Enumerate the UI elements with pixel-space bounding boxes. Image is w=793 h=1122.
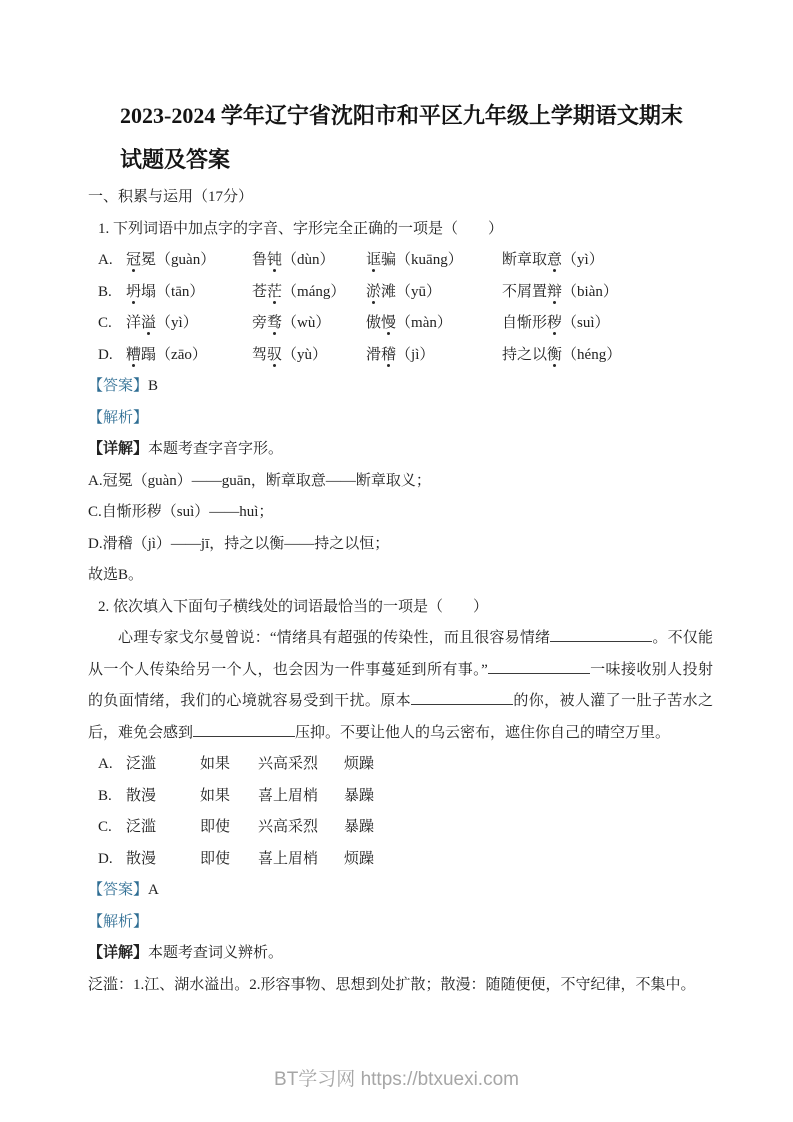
term-pre: 鲁 <box>252 252 267 268</box>
q2-stem: 2. 依次填入下面句子横线处的词语最恰当的一项是（ ） <box>88 592 713 624</box>
q2-answer-line: 【答案】A <box>88 875 713 907</box>
dotted-character: 骛 <box>267 315 282 331</box>
q2-detail-text: 本题考查词义辨析。 <box>148 945 283 961</box>
explanation-line: D.滑稽（jì）——jī，持之以衡——持之以恒； <box>88 529 713 561</box>
term-post: 塌 <box>141 284 156 300</box>
option-term: 持之以衡（héng） <box>502 340 713 372</box>
fill-in-blank <box>411 689 513 705</box>
option-term: 驾驭（yù） <box>252 340 366 372</box>
term-pinyin: （kuāng） <box>396 252 463 268</box>
term-post: 冕 <box>141 252 156 268</box>
option-word: 兴高采烈 <box>258 749 344 781</box>
option-word: 兴高采烈 <box>258 812 344 844</box>
page-title: 2023-2024 学年辽宁省沈阳市和平区九年级上学期语文期末试题及答案 <box>120 94 713 182</box>
term-pre: 自惭形 <box>502 315 547 331</box>
q2-detail-line: 【详解】本题考查词义辨析。 <box>88 938 713 970</box>
detail-label: 【详解】 <box>88 441 148 457</box>
fill-in-blank <box>488 658 590 674</box>
option-word: 喜上眉梢 <box>258 781 344 813</box>
term-pinyin: （yì） <box>562 252 604 268</box>
dotted-character: 冠 <box>126 252 141 268</box>
option-word: 如果 <box>200 781 258 813</box>
q2-option-row: C.泛滥即使兴高采烈暴躁 <box>88 812 713 844</box>
footer-watermark: BT学习网 https://btxuexi.com <box>0 1064 793 1091</box>
q1-answer-value: B <box>148 378 158 394</box>
term-pre: 持之以 <box>502 347 547 363</box>
option-word: 即使 <box>200 812 258 844</box>
option-term: 傲慢（màn） <box>366 308 502 340</box>
page-title-line1: 2023-2024 学年辽宁省沈阳市和平区九年级上学期语文期末 <box>120 103 683 128</box>
term-post: 滩 <box>381 284 396 300</box>
q2-option-row: D.散漫即使喜上眉梢烦躁 <box>88 844 713 876</box>
option-letter: D. <box>98 340 126 372</box>
option-term: 滑稽（jì） <box>366 340 502 372</box>
option-term: 鲁钝（dùn） <box>252 245 366 277</box>
term-pinyin: （biàn） <box>562 284 618 300</box>
option-word: 如果 <box>200 749 258 781</box>
option-word: 烦躁 <box>344 844 713 876</box>
q2-answer-value: A <box>148 882 159 898</box>
q1-stem: 1. 下列词语中加点字的字音、字形完全正确的一项是（ ） <box>88 214 713 246</box>
q2-options: A.泛滥如果兴高采烈烦躁B.散漫如果喜上眉梢暴躁C.泛滥即使兴高采烈暴躁D.散漫… <box>88 749 713 875</box>
option-term: 淤滩（yū） <box>366 277 502 309</box>
option-letter: D. <box>98 844 126 876</box>
dotted-character: 溢 <box>141 315 156 331</box>
option-letter: A. <box>98 245 126 277</box>
option-letter: B. <box>98 277 126 309</box>
term-pinyin: （héng） <box>562 347 621 363</box>
q1-option-row: D.糟蹋（zāo）驾驭（yù）滑稽（jì）持之以衡（héng） <box>88 340 713 372</box>
term-pinyin: （yū） <box>396 284 441 300</box>
option-term: 苍茫（máng） <box>252 277 366 309</box>
q1-option-row: C.洋溢（yì）旁骛（wù）傲慢（màn）自惭形秽（suì） <box>88 308 713 340</box>
dotted-character: 茫 <box>267 284 282 300</box>
dotted-character: 诓 <box>366 252 381 268</box>
passage-segment: 压抑。不要让他人的乌云密布，遮住你自己的晴空万里。 <box>295 725 670 741</box>
option-term: 不屑置辩（biàn） <box>502 277 713 309</box>
explanation-line: 故选B。 <box>88 560 713 592</box>
term-pre: 苍 <box>252 284 267 300</box>
term-post: 蹋 <box>141 347 156 363</box>
option-word: 泛滥 <box>126 749 200 781</box>
term-pinyin: （màn） <box>396 315 452 331</box>
q2-option-row: A.泛滥如果兴高采烈烦躁 <box>88 749 713 781</box>
option-term: 坍塌（tān） <box>126 277 252 309</box>
term-pinyin: （guàn） <box>156 252 215 268</box>
q2-explanations: 泛滥：1.江、湖水溢出。2.形容事物、思想到处扩散；散漫：随随便便，不守纪律，不… <box>88 970 713 1002</box>
dotted-character: 钝 <box>267 252 282 268</box>
option-term: 断章取意（yì） <box>502 245 713 277</box>
dotted-character: 慢 <box>381 315 396 331</box>
option-term: 自惭形秽（suì） <box>502 308 713 340</box>
option-letter: B. <box>98 781 126 813</box>
q1-option-row: A.冠冕（guàn）鲁钝（dùn）诓骗（kuāng）断章取意（yì） <box>88 245 713 277</box>
term-pinyin: （wù） <box>282 315 330 331</box>
term-pre: 滑 <box>366 347 381 363</box>
answer-label: 【答案】 <box>88 882 148 898</box>
option-word: 喜上眉梢 <box>258 844 344 876</box>
term-pre: 旁 <box>252 315 267 331</box>
q1-detail-text: 本题考查字音字形。 <box>148 441 283 457</box>
q1-option-row: B.坍塌（tān）苍茫（máng）淤滩（yū）不屑置辩（biàn） <box>88 277 713 309</box>
dotted-character: 秽 <box>547 315 562 331</box>
q1-answer-line: 【答案】B <box>88 371 713 403</box>
q1-options: A.冠冕（guàn）鲁钝（dùn）诓骗（kuāng）断章取意（yì）B.坍塌（t… <box>88 245 713 371</box>
explanation-line: 泛滥：1.江、湖水溢出。2.形容事物、思想到处扩散；散漫：随随便便，不守纪律，不… <box>88 970 713 1002</box>
explanation-line: C.自惭形秽（suì）——huì； <box>88 497 713 529</box>
term-pinyin: （zāo） <box>156 347 207 363</box>
passage-segment: 心理专家戈尔曼曾说：“情绪具有超强的传染性，而且很容易情绪 <box>118 630 550 646</box>
term-post: 骗 <box>381 252 396 268</box>
option-term: 冠冕（guàn） <box>126 245 252 277</box>
option-word: 散漫 <box>126 781 200 813</box>
q1-analysis-line: 【解析】 <box>88 403 713 435</box>
analysis-label: 【解析】 <box>88 914 148 930</box>
dotted-character: 辩 <box>547 284 562 300</box>
option-word: 暴躁 <box>344 812 713 844</box>
fill-in-blank <box>550 626 652 642</box>
term-pinyin: （yì） <box>156 315 198 331</box>
term-pre: 不屑置 <box>502 284 547 300</box>
option-term: 诓骗（kuāng） <box>366 245 502 277</box>
q2-option-row: B.散漫如果喜上眉梢暴躁 <box>88 781 713 813</box>
q1-detail-line: 【详解】本题考查字音字形。 <box>88 434 713 466</box>
option-letter: A. <box>98 749 126 781</box>
term-pinyin: （tān） <box>156 284 204 300</box>
q2-passage: 心理专家戈尔曼曾说：“情绪具有超强的传染性，而且很容易情绪。不仅能从一个人传染给… <box>88 623 713 749</box>
dotted-character: 糟 <box>126 347 141 363</box>
q2-analysis-line: 【解析】 <box>88 907 713 939</box>
option-word: 暴躁 <box>344 781 713 813</box>
term-pre: 驾 <box>252 347 267 363</box>
explanation-line: A.冠冕（guàn）——guān，断章取意——断章取义； <box>88 466 713 498</box>
dotted-character: 坍 <box>126 284 141 300</box>
fill-in-blank <box>193 721 295 737</box>
term-pre: 傲 <box>366 315 381 331</box>
term-pinyin: （máng） <box>282 284 345 300</box>
term-pinyin: （dùn） <box>282 252 335 268</box>
analysis-label: 【解析】 <box>88 410 148 426</box>
dotted-character: 驭 <box>267 347 282 363</box>
option-letter: C. <box>98 308 126 340</box>
dotted-character: 衡 <box>547 347 562 363</box>
term-pinyin: （jì） <box>396 347 434 363</box>
dotted-character: 意 <box>547 252 562 268</box>
option-word: 散漫 <box>126 844 200 876</box>
option-term: 洋溢（yì） <box>126 308 252 340</box>
option-term: 糟蹋（zāo） <box>126 340 252 372</box>
option-word: 泛滥 <box>126 812 200 844</box>
dotted-character: 淤 <box>366 284 381 300</box>
dotted-character: 稽 <box>381 347 396 363</box>
q1-explanations: A.冠冕（guàn）——guān，断章取意——断章取义；C.自惭形秽（suì）—… <box>88 466 713 592</box>
page-title-line2: 试题及答案 <box>120 147 230 172</box>
term-pinyin: （suì） <box>562 315 610 331</box>
answer-label: 【答案】 <box>88 378 148 394</box>
term-pinyin: （yù） <box>282 347 327 363</box>
term-pre: 断章取 <box>502 252 547 268</box>
option-word: 即使 <box>200 844 258 876</box>
option-term: 旁骛（wù） <box>252 308 366 340</box>
detail-label: 【详解】 <box>88 945 148 961</box>
section-heading: 一、积累与运用（17分） <box>88 182 713 214</box>
term-pre: 洋 <box>126 315 141 331</box>
exam-document-page: 2023-2024 学年辽宁省沈阳市和平区九年级上学期语文期末试题及答案 一、积… <box>0 0 793 1001</box>
option-word: 烦躁 <box>344 749 713 781</box>
option-letter: C. <box>98 812 126 844</box>
